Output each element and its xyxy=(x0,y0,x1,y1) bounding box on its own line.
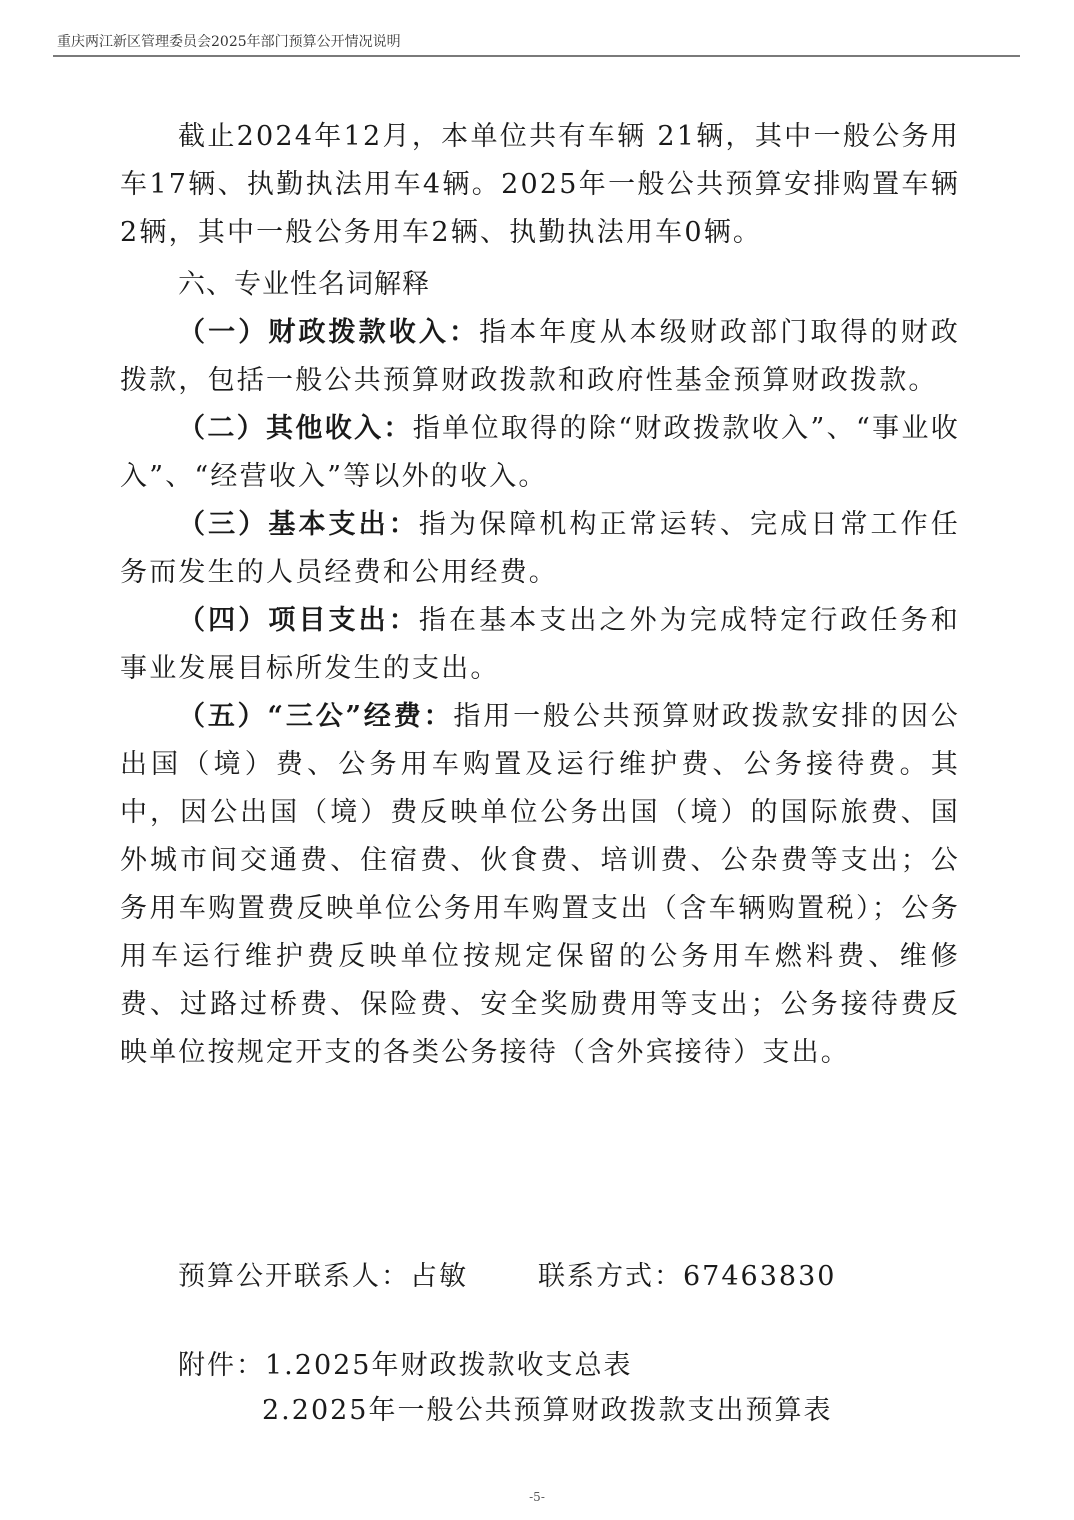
attachment-item: 2.2025年一般公共预算财政拨款支出预算表 xyxy=(262,1388,832,1427)
glossary-term: （四）项目支出： xyxy=(178,605,419,636)
vehicles-paragraph: 截止2024年12月，本单位共有车辆 21辆，其中一般公务用车17辆、执勤执法用… xyxy=(120,113,960,257)
glossary-item: （二）其他收入：指单位取得的除“财政拨款收入”、“事业收入”、“经营收入”等以外… xyxy=(120,405,960,501)
glossary-term: （二）其他收入： xyxy=(178,413,413,444)
glossary-term: （一）财政拨款收入： xyxy=(178,317,479,348)
glossary-item: （一）财政拨款收入：指本年度从本级财政部门取得的财政拨款，包括一般公共预算财政拨… xyxy=(120,309,960,405)
attachment-title: 1.2025年财政拨款收支总表 xyxy=(265,1350,632,1381)
page-header: 重庆两江新区管理委员会2025年部门预算公开情况说明 xyxy=(53,28,1020,57)
glossary-term: （五）“三公”经费： xyxy=(178,701,453,732)
attachments-label: 附件： xyxy=(178,1350,265,1381)
glossary-term: （三）基本支出： xyxy=(178,509,419,540)
document-header-title: 重庆两江新区管理委员会2025年部门预算公开情况说明 xyxy=(57,31,401,51)
glossary-definition: 指用一般公共预算财政拨款安排的因公出国（境）费、公务用车购置及运行维护费、公务接… xyxy=(120,701,960,1068)
glossary-item: （四）项目支出：指在基本支出之外为完成特定行政任务和事业发展目标所发生的支出。 xyxy=(120,597,960,693)
vehicles-section: 截止2024年12月，本单位共有车辆 21辆，其中一般公务用车17辆、执勤执法用… xyxy=(120,113,960,257)
glossary-item: （三）基本支出：指为保障机构正常运转、完成日常工作任务而发生的人员经费和公用经费… xyxy=(120,501,960,597)
contact-person-name: 占敏 xyxy=(410,1261,468,1292)
contact-person-label: 预算公开联系人： xyxy=(178,1261,410,1292)
glossary-section: 六、专业性名词解释 （一）财政拨款收入：指本年度从本级财政部门取得的财政拨款，包… xyxy=(120,261,960,1077)
contact-phone: 67463830 xyxy=(683,1261,836,1292)
attachment-title: 2.2025年一般公共预算财政拨款支出预算表 xyxy=(262,1395,832,1426)
contact-phone-label: 联系方式： xyxy=(538,1261,683,1292)
attachment-item: 附件：1.2025年财政拨款收支总表 xyxy=(178,1343,632,1382)
glossary-item: （五）“三公”经费：指用一般公共预算财政拨款安排的因公出国（境）费、公务用车购置… xyxy=(120,693,960,1077)
contact-line: 预算公开联系人：占敏联系方式：67463830 xyxy=(178,1254,836,1293)
page-number: -5- xyxy=(0,1490,1074,1504)
section-title: 六、专业性名词解释 xyxy=(120,261,960,309)
